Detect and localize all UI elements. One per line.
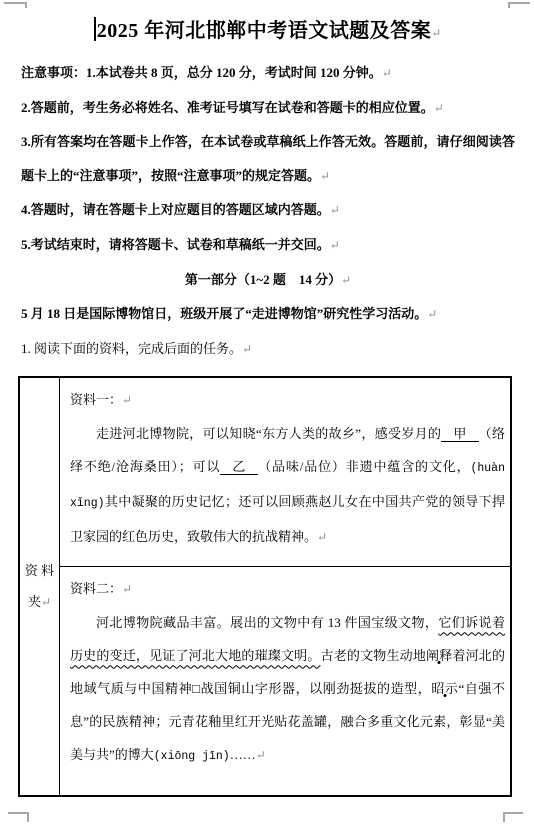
crop-mark-bottom-left-tick: [27, 812, 29, 822]
folder-label-line1: 资 料: [25, 555, 54, 586]
crop-mark-bottom-left: [8, 812, 28, 814]
text-run: 走进河北博物院，可以知晓“东方人类的故乡”，感受岁月的: [96, 426, 441, 441]
paragraph-mark: ↵: [320, 169, 330, 183]
text-run: 河北博物院藏品丰富。展出的文物中有 13 件国宝级文物，: [96, 615, 438, 630]
materials-table: 资 料 夹↵ 资料一：↵ 走进河北博物院，可以知晓“东方人类的故乡”，感受岁月的…: [18, 376, 512, 797]
text-run: 4.答题时，请在答题卡上对应题目的答题区域内答题。: [21, 202, 330, 217]
material-2-heading: 资料二：↵: [70, 572, 505, 606]
text-run: 夹: [28, 594, 41, 609]
text-run: 古老的文物生动地: [321, 648, 427, 663]
folder-label-cell: 资 料 夹↵: [20, 378, 60, 795]
page-title-text: 2025 年河北邯郸中考语文试题及答案↵: [97, 20, 442, 42]
crop-mark-bottom-right-tick: [503, 812, 505, 822]
text-run: ……: [230, 747, 256, 762]
notice-3: 3.所有答案均在答题卡上作答，在本试卷或草稿纸上作答无效。答题前，请仔细阅读答题…: [21, 125, 515, 193]
material-1-heading: 资料一：↵: [70, 383, 505, 417]
material-2-body: 河北博物院藏品丰富。展出的文物中有 13 件国宝级文物，它们诉说着历史的变迁，见…: [70, 606, 505, 773]
crop-mark-top-right: [508, 2, 530, 4]
paragraph-mark: ↵: [330, 238, 340, 252]
text-run: 5.考试结束时，请将答题卡、试卷和草稿纸一并交回。: [21, 237, 330, 252]
paragraph-mark: ↵: [256, 748, 266, 762]
paragraph-mark: ↵: [382, 66, 392, 80]
notice-5: 5.考试结束时，请将答题卡、试卷和草稿纸一并交回。↵: [21, 228, 515, 263]
emph-run: 阐释: [426, 648, 452, 663]
paragraph-mark: ↵: [41, 595, 51, 609]
material-2-cell: 资料二：↵ 河北博物院藏品丰富。展出的文物中有 13 件国宝级文物，它们诉说着历…: [60, 567, 510, 795]
folder-label-line2: 夹↵: [28, 586, 51, 618]
paragraph-mark: ↵: [317, 530, 327, 544]
paragraph-mark: ↵: [242, 342, 252, 356]
paragraph-mark: ↵: [434, 101, 444, 115]
notice-2: 2.答题前，考生务必将姓名、准考证号填写在试卷和答题卡的相应位置。↵: [21, 91, 515, 126]
text-run: 资料二：: [70, 581, 122, 596]
paragraph-mark: ↵: [427, 307, 437, 321]
paragraph-mark: ↵: [122, 582, 132, 596]
text-run: 2025 年河北邯郸中考语文试题及答案: [97, 20, 432, 42]
question-1: 1. 阅读下面的资料，完成后面的任务。↵: [21, 332, 515, 367]
text-run: 3.所有答案均在答题卡上作答，在本试卷或草稿纸上作答无效。答题前，请仔细阅读答题…: [21, 134, 515, 183]
page-title: 2025 年河北邯郸中考语文试题及答案↵: [21, 8, 515, 56]
paragraph-mark: ↵: [330, 203, 340, 217]
blank-run: 甲: [441, 426, 478, 442]
material-1-body: 走进河北博物院，可以知晓“东方人类的故乡”，感受岁月的甲（络绎不绝/沧海桑田）；…: [70, 417, 505, 554]
text-run: 第一部分（1~2 题 14 分）: [185, 272, 341, 287]
crop-mark-top-left: [4, 2, 26, 4]
intro-paragraph: 5 月 18 日是国际博物馆日，班级开展了“走进博物馆”研究性学习活动。↵: [21, 297, 515, 332]
paragraph-mark: ↵: [431, 26, 442, 40]
text-run: 2.答题前，考生务必将姓名、准考证号填写在试卷和答题卡的相应位置。: [21, 100, 434, 115]
text-run: 资料一：: [70, 392, 122, 407]
paragraph-mark: ↵: [341, 273, 351, 287]
document-content: 2025 年河北邯郸中考语文试题及答案↵ 注意事项：1.本试卷共 8 页，总分 …: [21, 8, 515, 797]
text-run: 注意事项：1.本试卷共 8 页，总分 120 分，考试时间 120 分钟。: [21, 65, 382, 80]
material-1-cell: 资料一：↵ 走进河北博物院，可以知晓“东方人类的故乡”，感受岁月的甲（络绎不绝/…: [60, 378, 510, 567]
blank-run: 乙: [220, 459, 258, 475]
text-run: 5 月 18 日是国际博物馆日，班级开展了“走进博物馆”研究性学习活动。: [21, 306, 427, 321]
text-run: 1. 阅读下面的资料，完成后面的任务。: [21, 341, 242, 356]
notice-4: 4.答题时，请在答题卡上对应题目的答题区域内答题。↵: [21, 193, 515, 228]
notice-1: 注意事项：1.本试卷共 8 页，总分 120 分，考试时间 120 分钟。↵: [21, 56, 515, 91]
section-heading: 第一部分（1~2 题 14 分）↵: [21, 263, 515, 298]
materials-column: 资料一：↵ 走进河北博物院，可以知晓“东方人类的故乡”，感受岁月的甲（络绎不绝/…: [60, 378, 510, 795]
text-run: 其中凝聚的历史记忆；还可以回顾燕赵儿女在中国共产党的领导下捍卫家园的红色历史，致…: [70, 494, 505, 544]
crop-mark-bottom-right: [503, 812, 523, 814]
document-page: 2025 年河北邯郸中考语文试题及答案↵ 注意事项：1.本试卷共 8 页，总分 …: [0, 0, 534, 824]
text-cursor: [94, 17, 96, 41]
emph-run: 昭示: [431, 681, 458, 696]
paragraph-mark: ↵: [122, 393, 132, 407]
pinyin-run: (xiōng jīn): [154, 750, 230, 763]
text-run: （品味/品位）非遗中蕴含的文化，: [258, 459, 470, 474]
